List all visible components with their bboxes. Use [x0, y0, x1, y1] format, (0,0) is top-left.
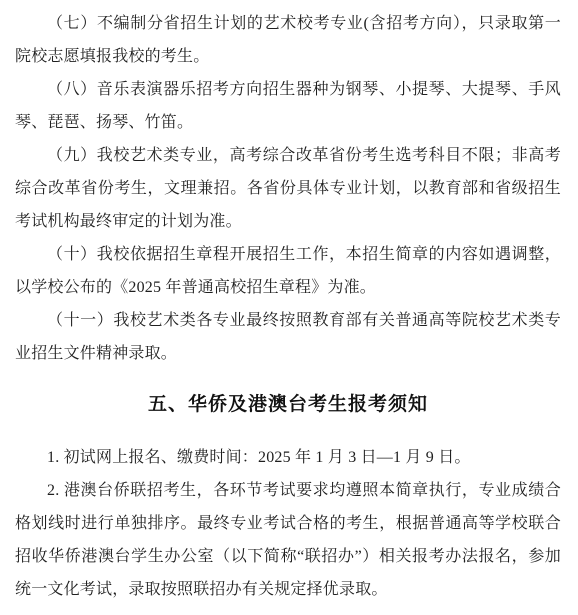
- paragraph-note-1: 1. 初试网上报名、缴费时间：2025 年 1 月 3 日—1 月 9 日。: [15, 441, 561, 474]
- paragraph-note-2: 2. 港澳台侨联招考生，各环节考试要求均遵照本简章执行，专业成绩合格划线时进行单…: [15, 474, 561, 606]
- paragraph-item-10: （十）我校依据招生章程开展招生工作，本招生简章的内容如遇调整，以学校公布的《20…: [15, 238, 561, 304]
- paragraph-item-7: （七）不编制分省招生计划的艺术校考专业(含招考方向），只录取第一院校志愿填报我校…: [15, 7, 561, 73]
- paragraph-item-11: （十一）我校艺术类各专业最终按照教育部有关普通高等院校艺术类专业招生文件精神录取…: [15, 304, 561, 370]
- document-page: （七）不编制分省招生计划的艺术校考专业(含招考方向），只录取第一院校志愿填报我校…: [0, 0, 578, 615]
- paragraph-item-8: （八）音乐表演器乐招考方向招生器种为钢琴、小提琴、大提琴、手风琴、琵琶、扬琴、竹…: [15, 73, 561, 139]
- section-heading: 五、华侨及港澳台考生报考须知: [15, 391, 561, 419]
- paragraph-item-9: （九）我校艺术类专业，高考综合改革省份考生选考科目不限；非高考综合改革省份考生，…: [15, 139, 561, 238]
